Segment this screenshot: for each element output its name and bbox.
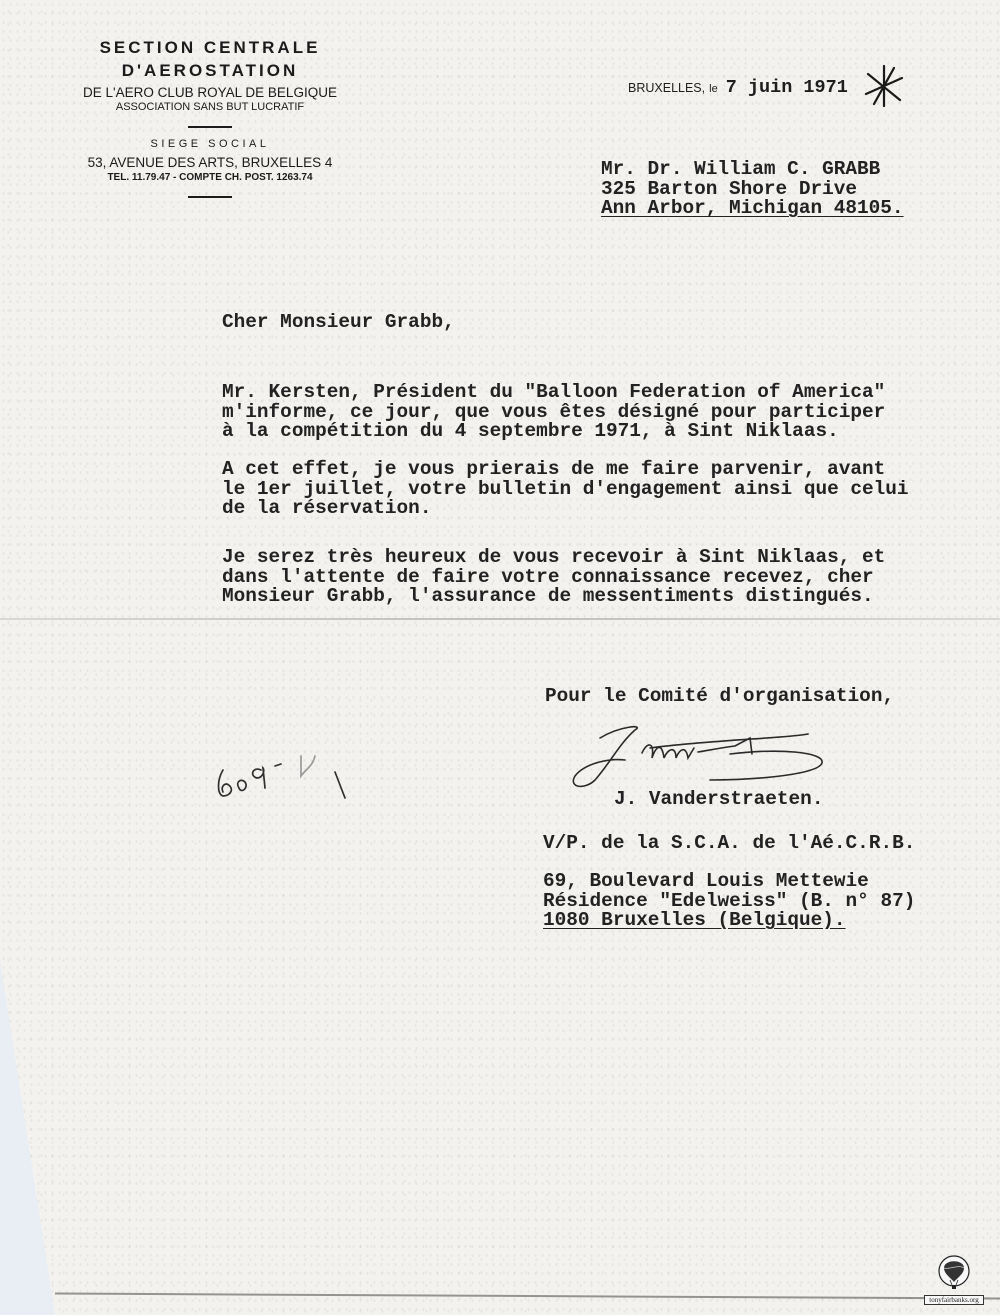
recipient-line-3: Ann Arbor, Michigan 48105. <box>601 199 904 219</box>
paragraph-3: Je serez très heureux de vous recevoir à… <box>222 548 885 607</box>
letterhead-address: 53, AVENUE DES ARTS, BRUXELLES 4 <box>50 154 370 171</box>
handwritten-signature <box>560 718 840 798</box>
return-address-line-3: 1080 Bruxelles (Belgique). <box>543 911 915 931</box>
signer-name: J. Vanderstraeten. <box>614 790 823 810</box>
paragraph-1: Mr. Kersten, Président du "Balloon Feder… <box>222 383 885 442</box>
recipient-address: Mr. Dr. William C. GRABB325 Barton Shore… <box>601 160 904 219</box>
paragraph-2: A cet effet, je vous prierais de me fair… <box>222 460 909 519</box>
asterisk-mark-icon <box>862 64 906 108</box>
recipient-line-1: Mr. Dr. William C. GRABB <box>601 160 904 180</box>
paragraph-line: à la compétition du 4 septembre 1971, à … <box>222 422 885 442</box>
letterhead-siege-label: SIEGE SOCIAL <box>50 137 370 151</box>
letterhead-club: DE L'AERO CLUB ROYAL DE BELGIQUE <box>50 84 370 101</box>
return-address-line-1: 69, Boulevard Louis Mettewie <box>543 872 915 892</box>
handwritten-note <box>205 752 355 812</box>
letterhead-divider <box>188 126 232 128</box>
letterhead-title-2: D'AEROSTATION <box>50 59 370 82</box>
letterhead-association: ASSOCIATION SANS BUT LUCRATIF <box>50 101 370 114</box>
watermark: tonyfairbanks.org <box>924 1254 984 1310</box>
dateline-city: BRUXELLES, <box>628 81 705 95</box>
closing: Pour le Comité d'organisation, <box>545 687 894 707</box>
dateline-le: le <box>709 83 718 95</box>
dateline: BRUXELLES, le 7 juin 1971 <box>628 77 848 98</box>
paragraph-line: Je serez très heureux de vous recevoir à… <box>222 548 885 568</box>
letterhead-divider-2 <box>188 196 232 198</box>
letterhead-tel: TEL. 11.79.47 - COMPTE CH. POST. 1263.74 <box>50 171 370 184</box>
paragraph-line: Monsieur Grabb, l'assurance de messentim… <box>222 587 885 607</box>
hot-air-balloon-icon <box>937 1254 971 1292</box>
letterhead: SECTION CENTRALE D'AEROSTATION DE L'AERO… <box>50 36 370 198</box>
paragraph-line: A cet effet, je vous prierais de me fair… <box>222 460 909 480</box>
paragraph-line: Mr. Kersten, Président du "Balloon Feder… <box>222 383 885 403</box>
dateline-date: 7 juin 1971 <box>726 77 848 98</box>
watermark-label: tonyfairbanks.org <box>924 1295 984 1305</box>
paragraph-line: de la réservation. <box>222 499 909 519</box>
salutation: Cher Monsieur Grabb, <box>222 313 455 333</box>
paper-fold-line <box>0 618 1000 620</box>
letterhead-title-1: SECTION CENTRALE <box>50 36 370 59</box>
return-address: 69, Boulevard Louis MettewieRésidence "E… <box>543 872 915 931</box>
signer-title: V/P. de la S.C.A. de l'Aé.C.R.B. <box>543 834 915 854</box>
